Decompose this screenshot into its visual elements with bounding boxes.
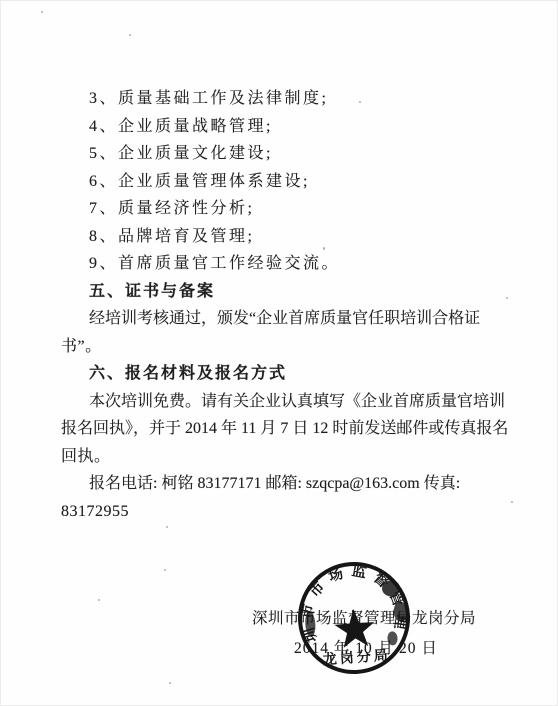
scan-speck xyxy=(166,526,168,528)
list-item: 7、质量经济性分析; xyxy=(61,195,499,223)
list-item: 6、企业质量管理体系建设; xyxy=(61,168,499,196)
scan-speck xyxy=(129,34,131,36)
section-heading-certificate: 五、证书与备案 xyxy=(61,278,499,306)
scan-speck xyxy=(506,297,508,299)
scan-speck xyxy=(41,11,43,13)
scan-speck xyxy=(511,501,513,503)
signature-organization: 深圳市市场监督管理局龙岗分局 xyxy=(252,606,476,628)
document-body: 3、质量基础工作及法律制度; 4、企业质量战略管理; 5、企业质量文化建设; 6… xyxy=(61,85,499,525)
list-item: 5、企业质量文化建设; xyxy=(61,140,499,168)
list-item: 3、质量基础工作及法律制度; xyxy=(61,85,499,113)
scan-speck xyxy=(169,682,171,684)
paragraph-line: 本次培训免费。请有关企业认真填写《企业首席质量官培训 xyxy=(61,388,499,416)
list-item: 8、品牌培育及管理; xyxy=(61,223,499,251)
paragraph-line: 经培训考核通过，颁发“企业首席质量官任职培训合格证 xyxy=(61,305,499,333)
contact-line: 报名电话: 柯铭 83177171 邮箱: szqcpa@163.com 传真: xyxy=(61,470,499,498)
scan-speck xyxy=(323,247,325,250)
paragraph-line: 回执。 xyxy=(61,443,499,471)
scanned-document-page: 3、质量基础工作及法律制度; 4、企业质量战略管理; 5、企业质量文化建设; 6… xyxy=(0,0,558,706)
scan-speck xyxy=(98,599,100,601)
scan-speck xyxy=(164,569,166,571)
stamp-ink-blot xyxy=(381,580,400,597)
list-item: 4、企业质量战略管理; xyxy=(61,113,499,141)
stamp-arc-text: 深圳市市场监督管理局 xyxy=(285,549,413,647)
list-item: 9、首席质量官工作经验交流。 xyxy=(61,250,499,278)
paragraph-line: 报名回执》，并于 2014 年 11 月 7 日 12 时前发送邮件或传真报名 xyxy=(61,415,499,443)
fax-number: 83172955 xyxy=(61,498,499,526)
paragraph-line: 书”。 xyxy=(61,333,499,361)
scan-speck xyxy=(359,101,361,103)
section-heading-signup: 六、报名材料及报名方式 xyxy=(61,360,499,388)
signature-date: 2014 年 10 月 20 日 xyxy=(294,636,438,658)
